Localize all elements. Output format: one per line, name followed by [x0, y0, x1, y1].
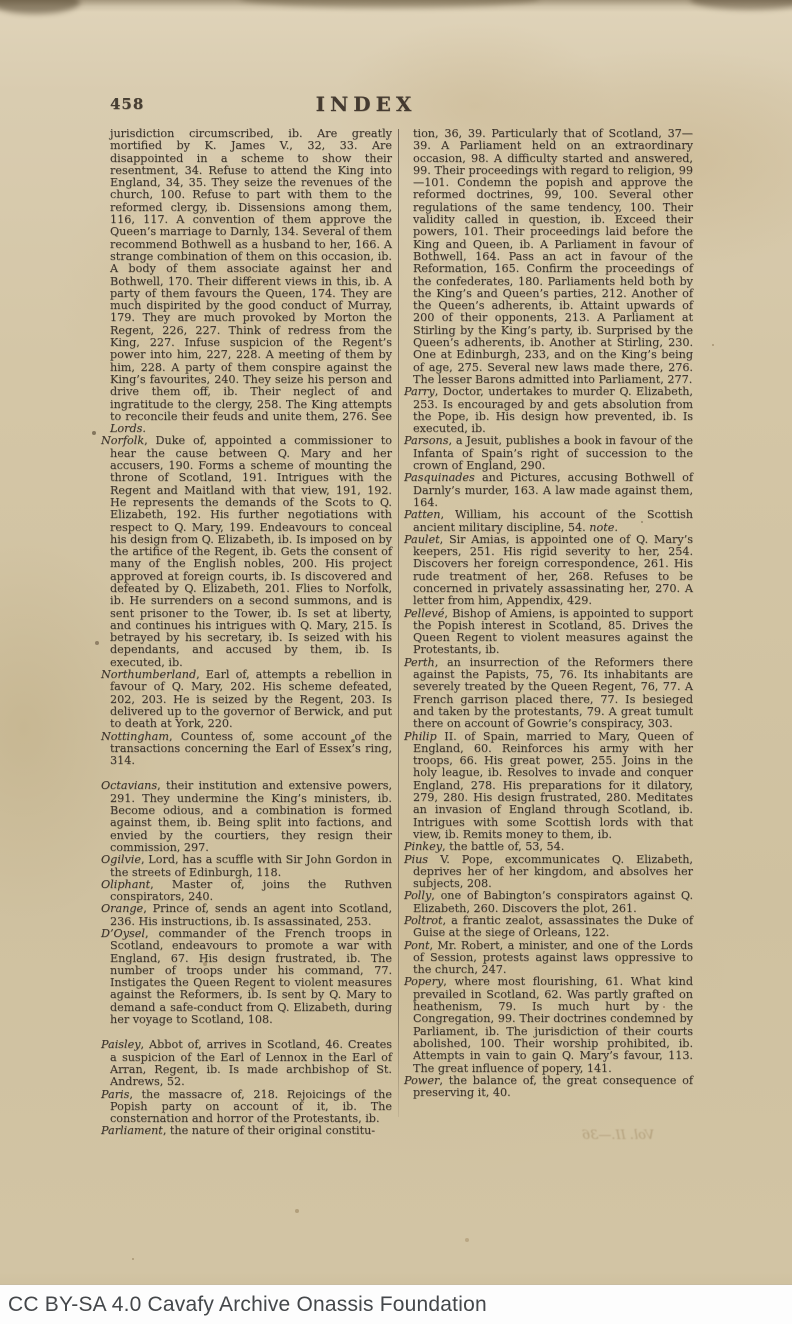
license-text: CC BY-SA 4.0 Cavafy Archive Onassis Foun…	[0, 1293, 487, 1317]
index-entry: Nottingham, Countess of, some account of…	[101, 731, 392, 768]
entry-term: Polly	[404, 889, 431, 902]
entry-term: Parry	[404, 385, 435, 398]
entry-term: Pinkey	[404, 840, 442, 853]
index-entry: Orange, Prince of, sends an agent into S…	[101, 903, 392, 928]
entry-term: Norfolk	[101, 434, 144, 447]
index-entry: Paris, the massacre of, 218. Rejoicings …	[101, 1089, 392, 1126]
index-entry: Paulet, Sir Amias, is appointed one of Q…	[404, 534, 693, 608]
entry-term: Parsons	[404, 434, 448, 447]
entry-term: Patten	[404, 508, 441, 521]
entry-term: Ogilvie	[101, 853, 141, 866]
index-entry: Norfolk, Duke of, appointed a commission…	[101, 435, 392, 669]
index-entry: Parliament, the nature of their original…	[101, 1125, 392, 1137]
entry-term: Pasquinades	[404, 471, 475, 484]
entry-term: Pius	[404, 853, 428, 866]
index-entry: Power, the balance of, the great consequ…	[404, 1075, 693, 1100]
index-entry: Pinkey, the battle of, 53, 54.	[404, 841, 693, 853]
index-entry: D’Oysel, commander of the French troops …	[101, 928, 392, 1026]
index-column-left: jurisdiction circumscribed, ib. Are grea…	[101, 128, 392, 1138]
entry-term: Popery	[404, 975, 443, 988]
entry-term: Oliphant	[101, 878, 150, 891]
entry-term: Pont	[404, 939, 430, 952]
index-entry: Ogilvie, Lord, has a scuffle with Sir Jo…	[101, 854, 392, 879]
index-entry: Philip II. of Spain, married to Mary, Qu…	[404, 731, 693, 842]
scanned-book-page: 458 INDEX jurisdiction circumscribed, ib…	[0, 0, 792, 1324]
entry-term: Parliament	[101, 1124, 163, 1137]
index-entry: Parsons, a Jesuit, publishes a book in f…	[404, 435, 693, 472]
index-entry: Popery, where most flourishing, 61. What…	[404, 976, 693, 1074]
index-entry: Pellevé, Bishop of Amiens, is appointed …	[404, 608, 693, 657]
entry-term: Power	[404, 1074, 439, 1087]
entry-term: Paulet	[404, 533, 440, 546]
page-title: INDEX	[0, 92, 732, 116]
index-entry: Parry, Doctor, undertakes to murder Q. E…	[404, 386, 693, 435]
index-entry: Oliphant, Master of, joins the Ruthven c…	[101, 879, 392, 904]
italic-reference: Lords.	[110, 422, 146, 435]
license-bar: CC BY-SA 4.0 Cavafy Archive Onassis Foun…	[0, 1284, 792, 1324]
index-entry: tion, 36, 39. Particularly that of Scotl…	[404, 128, 693, 386]
index-entry: Paisley, Abbot of, arrives in Scotland, …	[101, 1039, 392, 1088]
index-entry: jurisdiction circumscribed, ib. Are grea…	[101, 128, 392, 435]
index-entry: Poltrot, a frantic zealot, assassinates …	[404, 915, 693, 940]
entry-term: Paisley	[101, 1038, 141, 1051]
index-entry: Polly, one of Babington’s conspirators a…	[404, 890, 693, 915]
index-entry: Pasquinades and Pictures, accusing Bothw…	[404, 472, 693, 509]
index-entry: Northumberland, Earl of, attempts a rebe…	[101, 669, 392, 730]
entry-term: Nottingham	[101, 730, 169, 743]
index-entry: Pont, Mr. Robert, a minister, and one of…	[404, 940, 693, 977]
ink-bleedthrough-text: Vol. II.—36	[558, 1128, 678, 1143]
index-entry: Octavians, their institution and extensi…	[101, 780, 392, 854]
paper-specks	[0, 0, 2, 2]
index-entry: Patten, William, his account of the Scot…	[404, 509, 693, 534]
entry-term: Perth	[404, 656, 435, 669]
entry-term: Poltrot	[404, 914, 442, 927]
italic-reference: note.	[589, 521, 618, 534]
entry-term: Orange	[101, 902, 143, 915]
entry-term: Northumberland	[101, 668, 196, 681]
entry-term: D’Oysel	[101, 927, 145, 940]
column-divider-rule	[398, 129, 399, 1117]
entry-term: Pellevé	[404, 607, 444, 620]
entry-term: Paris	[101, 1088, 129, 1101]
entry-term: Octavians	[101, 779, 157, 792]
index-column-right: tion, 36, 39. Particularly that of Scotl…	[404, 128, 693, 1099]
index-entry: Pius V. Pope, excommunicates Q. Elizabet…	[404, 854, 693, 891]
entry-term: Philip	[404, 730, 437, 743]
index-entry: Perth, an insurrection of the Reformers …	[404, 657, 693, 731]
